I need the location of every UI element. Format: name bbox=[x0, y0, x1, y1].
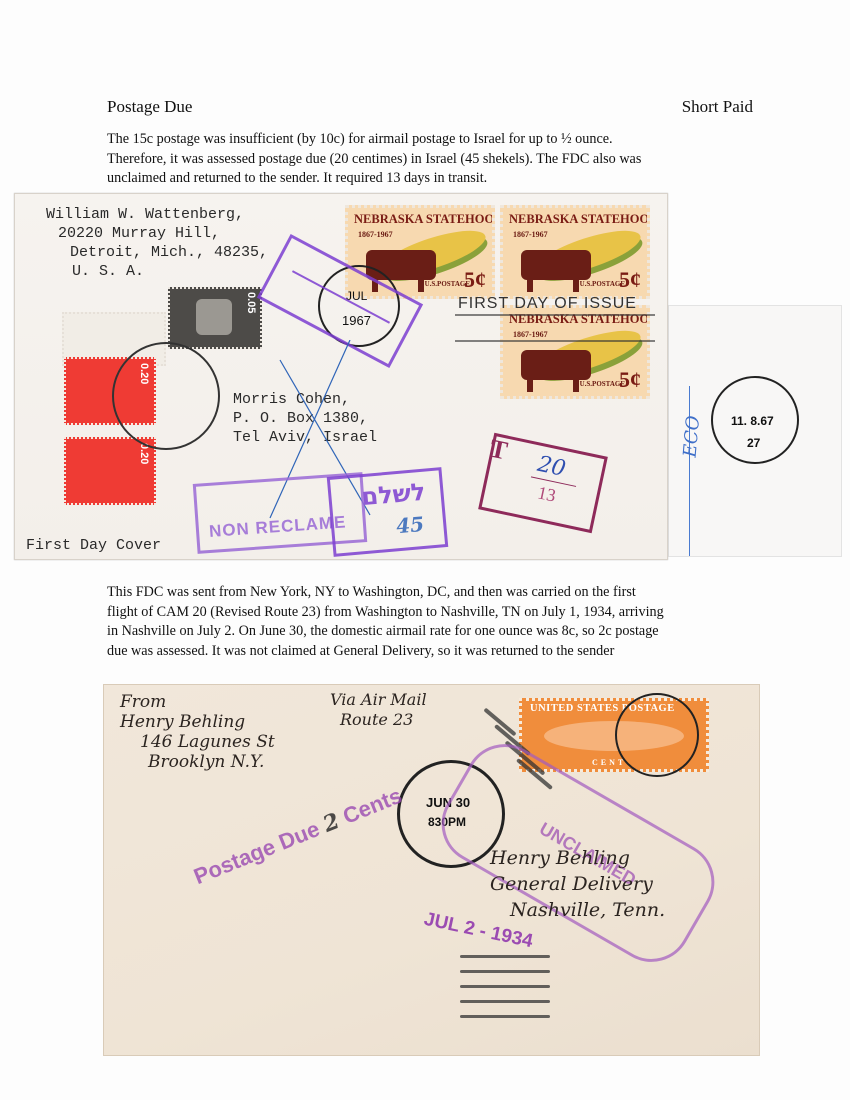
postage-due-hebrew-box: לשלם 45 bbox=[327, 467, 449, 557]
first-day-cover-label: First Day Cover bbox=[26, 537, 161, 554]
back-postmark: 11. 8.67 27 bbox=[711, 376, 799, 464]
address-line: 146 Lagunes St bbox=[120, 732, 275, 752]
handwritten-note: ECO bbox=[680, 415, 705, 458]
desc-line: flight of CAM 20 (Revised Route 23) from… bbox=[107, 603, 807, 623]
desc-line: Therefore, it was assessed postage due (… bbox=[107, 150, 807, 170]
postage-due-amount: 2 bbox=[319, 808, 343, 838]
tel-aviv-postmark bbox=[112, 342, 220, 450]
machine-cancel-line bbox=[460, 985, 550, 988]
desc-line: The 15c postage was insufficient (by 10c… bbox=[107, 130, 807, 150]
address-line: 20220 Murray Hill, bbox=[46, 224, 268, 243]
pen-line bbox=[689, 386, 690, 556]
nebraska-statehood-stamp: NEBRASKA STATEHOOD1867-1967 U.S.POSTAGE5… bbox=[500, 205, 650, 299]
address-line: William W. Wattenberg, bbox=[46, 205, 268, 224]
cover2-sender-address: From Henry Behling 146 Lagunes St Brookl… bbox=[120, 692, 275, 772]
israel-red-stamp: 0.20 bbox=[64, 437, 156, 505]
address-line: Detroit, Mich., 48235, bbox=[46, 243, 268, 262]
address-line: General Delivery bbox=[490, 871, 665, 897]
cover1-sender-address: William W. Wattenberg, 20220 Murray Hill… bbox=[46, 205, 268, 281]
page-category: Short Paid bbox=[682, 97, 753, 117]
cancel-line bbox=[455, 314, 655, 316]
desc-line: unclaimed and returned to the sender. It… bbox=[107, 169, 807, 189]
desc-line: This FDC was sent from New York, NY to W… bbox=[107, 583, 807, 603]
desc-line: due was assessed. It was not claimed at … bbox=[107, 642, 807, 662]
address-line: Nashville, Tenn. bbox=[490, 897, 665, 923]
israel-gray-stamp: 0.05 bbox=[168, 287, 262, 349]
desc-line: in Nashville on July 2. On June 30, the … bbox=[107, 622, 807, 642]
machine-cancel-line bbox=[460, 955, 550, 958]
address-line: From bbox=[120, 692, 275, 712]
description-cover-2: This FDC was sent from New York, NY to W… bbox=[107, 583, 807, 661]
machine-cancel-line bbox=[460, 970, 550, 973]
via-line: Route 23 bbox=[330, 710, 427, 730]
machine-cancel-line bbox=[460, 1000, 550, 1003]
via-airmail-note: Via Air Mail Route 23 bbox=[330, 690, 427, 730]
cover-back-flap: ECO 11. 8.67 27 bbox=[668, 305, 842, 557]
address-line: Brooklyn N.Y. bbox=[120, 752, 275, 772]
description-cover-1: The 15c postage was insufficient (by 10c… bbox=[107, 130, 807, 189]
address-line: Henry Behling bbox=[120, 712, 275, 732]
machine-cancel-line bbox=[460, 1015, 550, 1018]
nebraska-statehood-stamp: NEBRASKA STATEHOOD1867-1967 U.S.POSTAGE5… bbox=[500, 305, 650, 399]
cover2-addressee: Henry Behling General Delivery Nashville… bbox=[490, 845, 665, 923]
via-line: Via Air Mail bbox=[330, 690, 427, 710]
address-line: Henry Behling bbox=[490, 845, 665, 871]
back-postmark-number: 27 bbox=[747, 436, 760, 450]
page-title: Postage Due bbox=[107, 97, 192, 117]
fdc-cancel-text: FIRST DAY OF ISSUE bbox=[458, 295, 637, 313]
stamp-postmark bbox=[615, 693, 699, 777]
cancel-line bbox=[455, 340, 655, 342]
back-postmark-date: 11. 8.67 bbox=[731, 414, 774, 428]
address-line: U. S. A. bbox=[46, 262, 268, 281]
